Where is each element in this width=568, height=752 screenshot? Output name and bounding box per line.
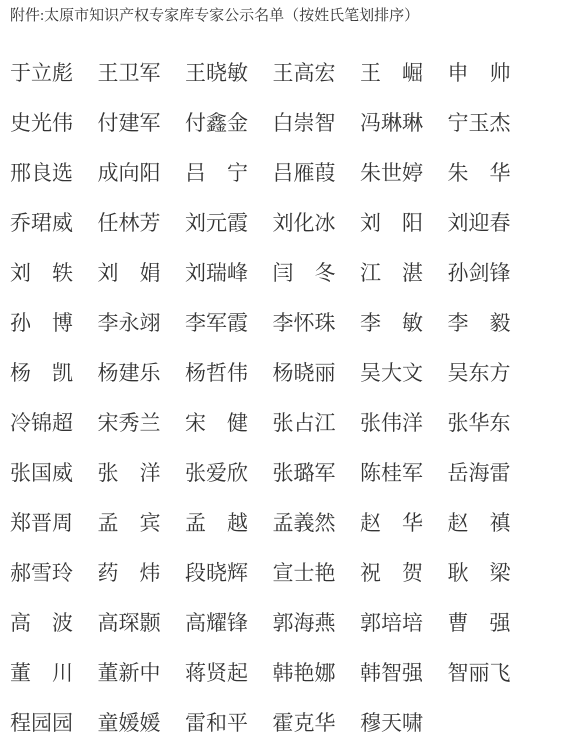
- name-cell: 赵 华: [360, 505, 448, 555]
- name-cell: 曹 强: [448, 605, 536, 655]
- name-cell: 江 湛: [360, 255, 448, 305]
- name-cell: 吕雁葭: [273, 155, 361, 205]
- name-cell: 刘瑞峰: [185, 255, 273, 305]
- name-cell: 孟義然: [273, 505, 361, 555]
- name-cell: 付鑫金: [185, 105, 273, 155]
- name-cell: 孙 博: [10, 305, 98, 355]
- name-cell: 高耀锋: [185, 605, 273, 655]
- name-cell: 刘化冰: [273, 205, 361, 255]
- name-cell: 成向阳: [98, 155, 186, 205]
- name-cell: 李 毅: [448, 305, 536, 355]
- name-cell: 董新中: [98, 655, 186, 705]
- name-cell: 张璐军: [273, 455, 361, 505]
- name-cell: 任林芳: [98, 205, 186, 255]
- name-cell: 张占江: [273, 405, 361, 455]
- name-cell: 朱世婷: [360, 155, 448, 205]
- name-cell: 于立彪: [10, 55, 98, 105]
- name-cell: 刘 娟: [98, 255, 186, 305]
- name-cell: 宁玉杰: [448, 105, 536, 155]
- name-cell: 郭海燕: [273, 605, 361, 655]
- name-cell: 穆天啸: [360, 705, 448, 752]
- name-cell: 韩艳娜: [273, 655, 361, 705]
- name-cell: 蒋贤起: [185, 655, 273, 705]
- name-cell: 赵 禛: [448, 505, 536, 555]
- name-cell: 董 川: [10, 655, 98, 705]
- name-cell: 段晓辉: [185, 555, 273, 605]
- name-cell: 祝 贺: [360, 555, 448, 605]
- name-cell: 付建军: [98, 105, 186, 155]
- name-cell: 杨晓丽: [273, 355, 361, 405]
- name-cell: 宋 健: [185, 405, 273, 455]
- name-cell: 岳海雷: [448, 455, 536, 505]
- name-cell: 刘 轶: [10, 255, 98, 305]
- name-cell: 白崇智: [273, 105, 361, 155]
- name-cell: 张国威: [10, 455, 98, 505]
- name-cell: 杨哲伟: [185, 355, 273, 405]
- name-cell: 童媛媛: [98, 705, 186, 752]
- name-cell: 孟 越: [185, 505, 273, 555]
- name-cell: 邢良选: [10, 155, 98, 205]
- name-cell: 刘 阳: [360, 205, 448, 255]
- name-cell: 韩智强: [360, 655, 448, 705]
- name-cell: 耿 梁: [448, 555, 536, 605]
- name-cell: 高 波: [10, 605, 98, 655]
- name-cell: 吕 宁: [185, 155, 273, 205]
- name-cell: 刘迎春: [448, 205, 536, 255]
- name-cell: 药 炜: [98, 555, 186, 605]
- name-cell: 吴东方: [448, 355, 536, 405]
- name-cell: 刘元霞: [185, 205, 273, 255]
- name-cell: 霍克华: [273, 705, 361, 752]
- name-grid: 于立彪王卫军王晓敏王高宏王 崛申 帅史光伟付建军付鑫金白崇智冯琳琳宁玉杰邢良选成…: [10, 55, 558, 752]
- name-cell: 闫 冬: [273, 255, 361, 305]
- name-cell: 李军霞: [185, 305, 273, 355]
- name-cell: 程园园: [10, 705, 98, 752]
- name-cell: 郭培培: [360, 605, 448, 655]
- name-cell: 孙剑锋: [448, 255, 536, 305]
- name-cell: 李永翊: [98, 305, 186, 355]
- name-cell: 宣士艳: [273, 555, 361, 605]
- name-cell: 王高宏: [273, 55, 361, 105]
- name-cell: 张爱欣: [185, 455, 273, 505]
- name-cell: 申 帅: [448, 55, 536, 105]
- name-cell: 冷锦超: [10, 405, 98, 455]
- name-cell: 宋秀兰: [98, 405, 186, 455]
- name-cell: 乔珺威: [10, 205, 98, 255]
- name-cell: 智丽飞: [448, 655, 536, 705]
- name-cell: 郑晋周: [10, 505, 98, 555]
- name-cell: 王晓敏: [185, 55, 273, 105]
- name-cell: 王 崛: [360, 55, 448, 105]
- name-cell: 孟 宾: [98, 505, 186, 555]
- name-cell: 张伟洋: [360, 405, 448, 455]
- name-cell: 李 敏: [360, 305, 448, 355]
- name-cell: 郝雪玲: [10, 555, 98, 605]
- name-cell: 王卫军: [98, 55, 186, 105]
- name-cell: 杨建乐: [98, 355, 186, 405]
- name-cell: 冯琳琳: [360, 105, 448, 155]
- name-cell: 雷和平: [185, 705, 273, 752]
- name-cell: 史光伟: [10, 105, 98, 155]
- name-cell: 吴大文: [360, 355, 448, 405]
- page-title: 附件:太原市知识产权专家库专家公示名单（按姓氏笔划排序）: [10, 6, 419, 26]
- name-cell: 张 洋: [98, 455, 186, 505]
- name-cell: 高琛颢: [98, 605, 186, 655]
- name-cell: 朱 华: [448, 155, 536, 205]
- name-cell: 李怀珠: [273, 305, 361, 355]
- name-cell: 陈桂军: [360, 455, 448, 505]
- name-cell: 杨 凯: [10, 355, 98, 405]
- name-cell: 张华东: [448, 405, 536, 455]
